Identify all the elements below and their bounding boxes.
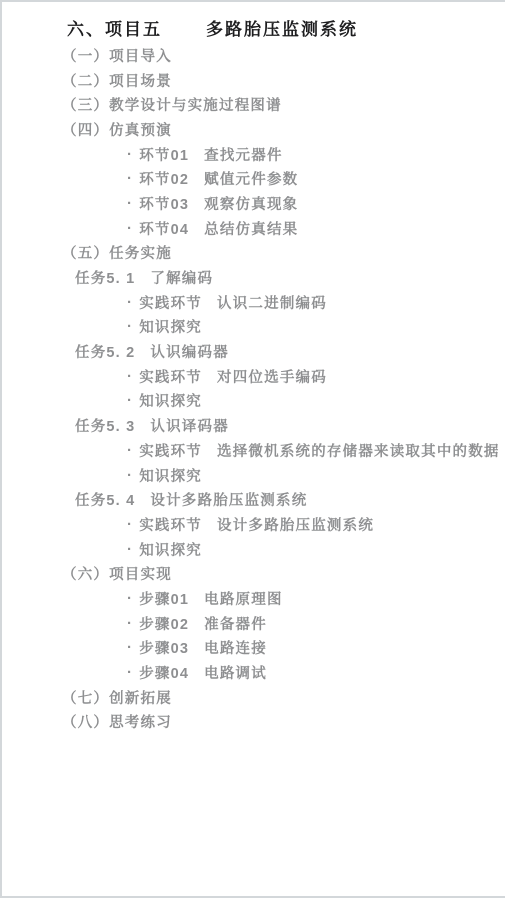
toc-item-label: 知识探究 — [139, 539, 202, 560]
toc-item-bullet: ·实践环节选择微机系统的存储器来读取其中的数据 — [2, 438, 505, 463]
toc-item-label: 环节02 — [139, 168, 189, 189]
toc-item-label: 环节04 — [139, 218, 189, 239]
toc-item-label: （六）项目实现 — [62, 563, 172, 584]
toc-item-title: 总结仿真结果 — [204, 218, 298, 239]
toc-item-bullet: ·知识探究 — [2, 315, 505, 340]
bullet-icon: · — [127, 220, 133, 237]
toc-item-section: （一）项目导入 — [2, 43, 505, 68]
toc-item-label: 知识探究 — [139, 390, 202, 411]
toc-list: （一）项目导入（二）项目场景（三）教学设计与实施过程图谱（四）仿真预演·环节01… — [2, 43, 505, 734]
toc-item-label: （七）创新拓展 — [62, 687, 172, 708]
toc-item-label: 知识探究 — [139, 465, 202, 486]
toc-item-bullet: ·实践环节认识二进制编码 — [2, 290, 505, 315]
toc-item-section: （三）教学设计与实施过程图谱 — [2, 92, 505, 117]
bullet-icon: · — [127, 664, 133, 681]
chapter-title-label: 多路胎压监测系统 — [206, 15, 358, 40]
toc-item-bullet: ·实践环节设计多路胎压监测系统 — [2, 512, 505, 537]
bullet-icon: · — [127, 467, 133, 484]
toc-item-label: （四）仿真预演 — [62, 119, 172, 140]
toc-item-label: 任务5. 1 — [75, 267, 135, 288]
toc-item-title: 观察仿真现象 — [204, 193, 298, 214]
toc-item-title: 电路原理图 — [204, 588, 283, 609]
toc-item-bullet: ·环节01查找元器件 — [2, 142, 505, 167]
toc-item-title: 认识二进制编码 — [217, 292, 327, 313]
bullet-icon: · — [127, 195, 133, 212]
toc-item-section: （七）创新拓展 — [2, 685, 505, 710]
bullet-icon: · — [127, 318, 133, 335]
toc-item-label: 实践环节 — [139, 514, 202, 535]
toc-item-title: 准备器件 — [204, 613, 267, 634]
toc-item-task: 任务5. 1了解编码 — [2, 265, 505, 290]
toc-item-title: 设计多路胎压监测系统 — [217, 514, 374, 535]
bullet-icon: · — [127, 294, 133, 311]
toc-item-label: 任务5. 3 — [75, 415, 135, 436]
toc-item-label: （三）教学设计与实施过程图谱 — [62, 94, 282, 115]
toc-item-label: 实践环节 — [139, 366, 202, 387]
toc-page: 六、项目五 多路胎压监测系统 （一）项目导入（二）项目场景（三）教学设计与实施过… — [0, 0, 505, 898]
toc-item-bullet: ·环节02赋值元件参数 — [2, 166, 505, 191]
toc-item-title: 认识译码器 — [150, 415, 229, 436]
bullet-icon: · — [127, 541, 133, 558]
toc-item-label: 步骤01 — [139, 588, 189, 609]
toc-item-label: 任务5. 2 — [75, 341, 135, 362]
page-title: 六、项目五 多路胎压监测系统 — [67, 16, 505, 38]
toc-item-bullet: ·环节04总结仿真结果 — [2, 216, 505, 241]
toc-item-label: 步骤03 — [139, 637, 189, 658]
toc-item-bullet: ·步骤01电路原理图 — [2, 586, 505, 611]
toc-item-title: 电路调试 — [204, 662, 267, 683]
toc-item-section: （八）思考练习 — [2, 710, 505, 735]
toc-item-bullet: ·步骤02准备器件 — [2, 611, 505, 636]
toc-item-task: 任务5. 2认识编码器 — [2, 339, 505, 364]
toc-item-section: （五）任务实施 — [2, 241, 505, 266]
bullet-icon: · — [127, 590, 133, 607]
bullet-icon: · — [127, 392, 133, 409]
toc-item-task: 任务5. 4设计多路胎压监测系统 — [2, 487, 505, 512]
bullet-icon: · — [127, 442, 133, 459]
toc-item-bullet: ·步骤03电路连接 — [2, 636, 505, 661]
bullet-icon: · — [127, 170, 133, 187]
toc-item-title: 认识编码器 — [150, 341, 229, 362]
toc-item-section: （六）项目实现 — [2, 561, 505, 586]
toc-item-bullet: ·知识探究 — [2, 537, 505, 562]
toc-item-label: 步骤02 — [139, 613, 189, 634]
toc-item-bullet: ·环节03观察仿真现象 — [2, 191, 505, 216]
toc-item-title: 设计多路胎压监测系统 — [150, 489, 307, 510]
bullet-icon: · — [127, 146, 133, 163]
chapter-number-label: 六、项目五 — [67, 15, 162, 40]
bullet-icon: · — [127, 516, 133, 533]
toc-item-label: （一）项目导入 — [62, 45, 172, 66]
toc-item-section: （四）仿真预演 — [2, 117, 505, 142]
toc-item-label: 知识探究 — [139, 316, 202, 337]
toc-item-label: 环节01 — [139, 144, 189, 165]
bullet-icon: · — [127, 639, 133, 656]
toc-item-label: （五）任务实施 — [62, 242, 172, 263]
toc-item-label: 实践环节 — [139, 292, 202, 313]
toc-item-bullet: ·步骤04电路调试 — [2, 660, 505, 685]
toc-item-label: 步骤04 — [139, 662, 189, 683]
toc-item-bullet: ·知识探究 — [2, 463, 505, 488]
toc-item-title: 查找元器件 — [204, 144, 283, 165]
toc-item-bullet: ·知识探究 — [2, 389, 505, 414]
toc-item-label: 环节03 — [139, 193, 189, 214]
toc-item-task: 任务5. 3认识译码器 — [2, 413, 505, 438]
bullet-icon: · — [127, 615, 133, 632]
bullet-icon: · — [127, 368, 133, 385]
toc-item-title: 选择微机系统的存储器来读取其中的数据 — [217, 440, 500, 461]
toc-item-label: 实践环节 — [139, 440, 202, 461]
toc-item-title: 了解编码 — [150, 267, 213, 288]
toc-item-section: （二）项目场景 — [2, 68, 505, 93]
toc-item-label: 任务5. 4 — [75, 489, 135, 510]
toc-item-title: 赋值元件参数 — [204, 168, 298, 189]
toc-item-bullet: ·实践环节对四位选手编码 — [2, 364, 505, 389]
toc-item-label: （二）项目场景 — [62, 70, 172, 91]
toc-item-title: 对四位选手编码 — [217, 366, 327, 387]
toc-item-label: （八）思考练习 — [62, 711, 172, 732]
toc-item-title: 电路连接 — [204, 637, 267, 658]
